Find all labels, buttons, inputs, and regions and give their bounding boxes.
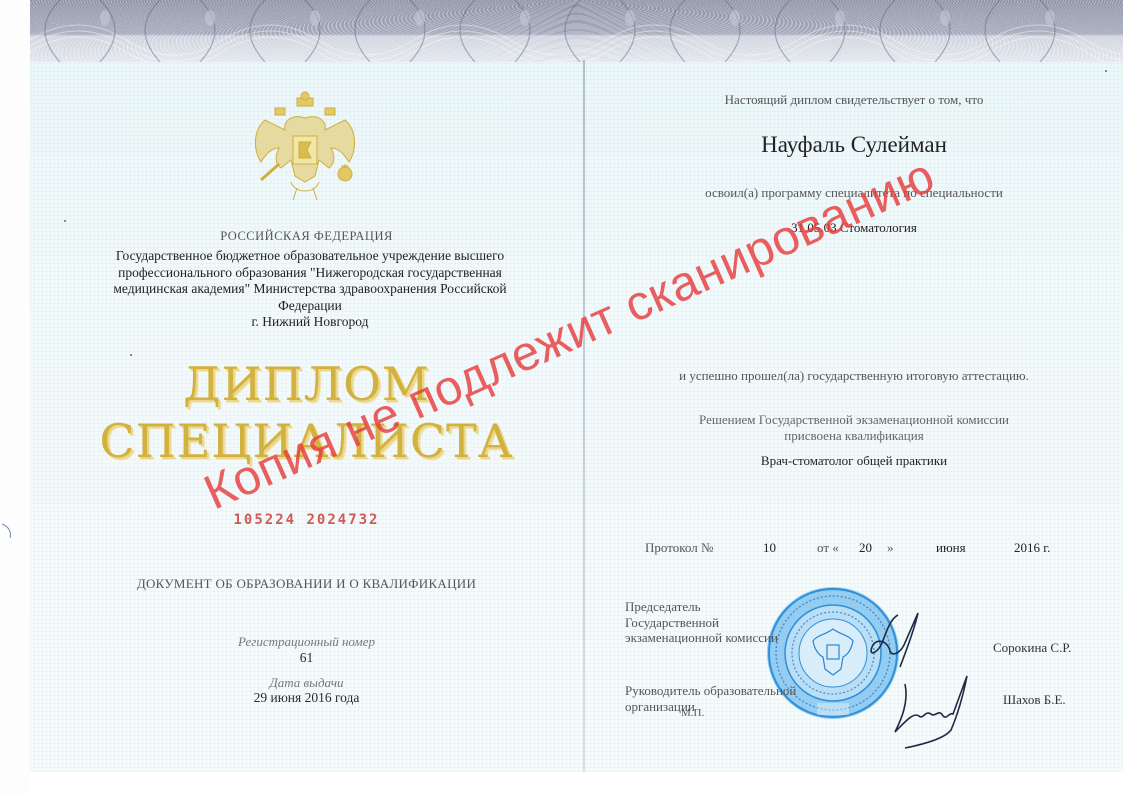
protocol-day-close: » — [887, 540, 894, 556]
intro-text: Настоящий диплом свидетельствует о том, … — [585, 92, 1123, 108]
chair-role-line: Председатель — [625, 599, 778, 615]
institution-city: г. Нижний Новгород — [80, 314, 540, 331]
scan-speck — [130, 354, 132, 356]
right-page: Настоящий диплом свидетельствует о том, … — [585, 62, 1123, 772]
left-page: РОССИЙСКАЯ ФЕДЕРАЦИЯ Государственное бюд… — [30, 62, 583, 772]
head-role-line: Руководитель образовательной — [625, 683, 796, 699]
protocol-from-label: от « — [817, 540, 839, 556]
head-role-line: организации — [625, 699, 796, 715]
chair-role-line: экзаменационной комиссии — [625, 630, 778, 646]
country-label: РОССИЙСКАЯ ФЕДЕРАЦИЯ — [30, 229, 583, 244]
institution-line: медицинская академия" Министерства здрав… — [80, 281, 540, 298]
scan-margin — [0, 0, 30, 794]
chair-signature-icon — [860, 607, 930, 677]
scan-speck — [1105, 70, 1107, 72]
serial-number: 105224 2024732 — [30, 512, 583, 528]
protocol-year: 2016 г. — [1014, 540, 1050, 556]
chair-name: Сорокина С.Р. — [993, 640, 1071, 656]
institution-line: профессионального образования "Нижегород… — [80, 265, 540, 282]
registration-label: Регистрационный номер — [30, 634, 583, 650]
decision-line: присвоена квалификация — [585, 428, 1123, 444]
coat-of-arms-icon — [245, 90, 365, 205]
head-role: Руководитель образовательной организации — [625, 683, 796, 714]
institution-line: Государственное бюджетное образовательно… — [80, 248, 540, 265]
qualification: Врач-стоматолог общей практики — [585, 453, 1123, 469]
document-type: ДОКУМЕНТ ОБ ОБРАЗОВАНИИ И О КВАЛИФИКАЦИИ — [30, 576, 583, 592]
chair-role: Председатель Государственной экзаменацио… — [625, 599, 778, 646]
guilloche-security-band — [30, 0, 1123, 62]
guilloche-pattern — [30, 0, 1123, 62]
institution-name: Государственное бюджетное образовательно… — [80, 248, 540, 331]
institution-line: Федерации — [80, 298, 540, 315]
commission-decision: Решением Государственной экзаменационной… — [585, 412, 1123, 444]
protocol-label: Протокол № — [645, 540, 713, 556]
scan-artifact-mark — [0, 522, 14, 552]
issue-date: 29 июня 2016 года — [30, 690, 583, 706]
scan-speck — [64, 220, 66, 222]
registration-number: 61 — [30, 650, 583, 666]
graduate-name: Науфаль Сулейман — [585, 132, 1123, 158]
attestation-text: и успешно прошел(ла) государственную ито… — [585, 368, 1123, 384]
protocol-day: 20 — [859, 540, 872, 556]
protocol-number: 10 — [763, 540, 776, 556]
protocol-month: июня — [936, 540, 966, 556]
chair-role-line: Государственной — [625, 615, 778, 631]
head-signature-icon — [885, 672, 995, 752]
issue-date-label: Дата выдачи — [30, 675, 583, 691]
decision-line: Решением Государственной экзаменационной… — [585, 412, 1123, 428]
head-name: Шахов Б.Е. — [1003, 692, 1066, 708]
